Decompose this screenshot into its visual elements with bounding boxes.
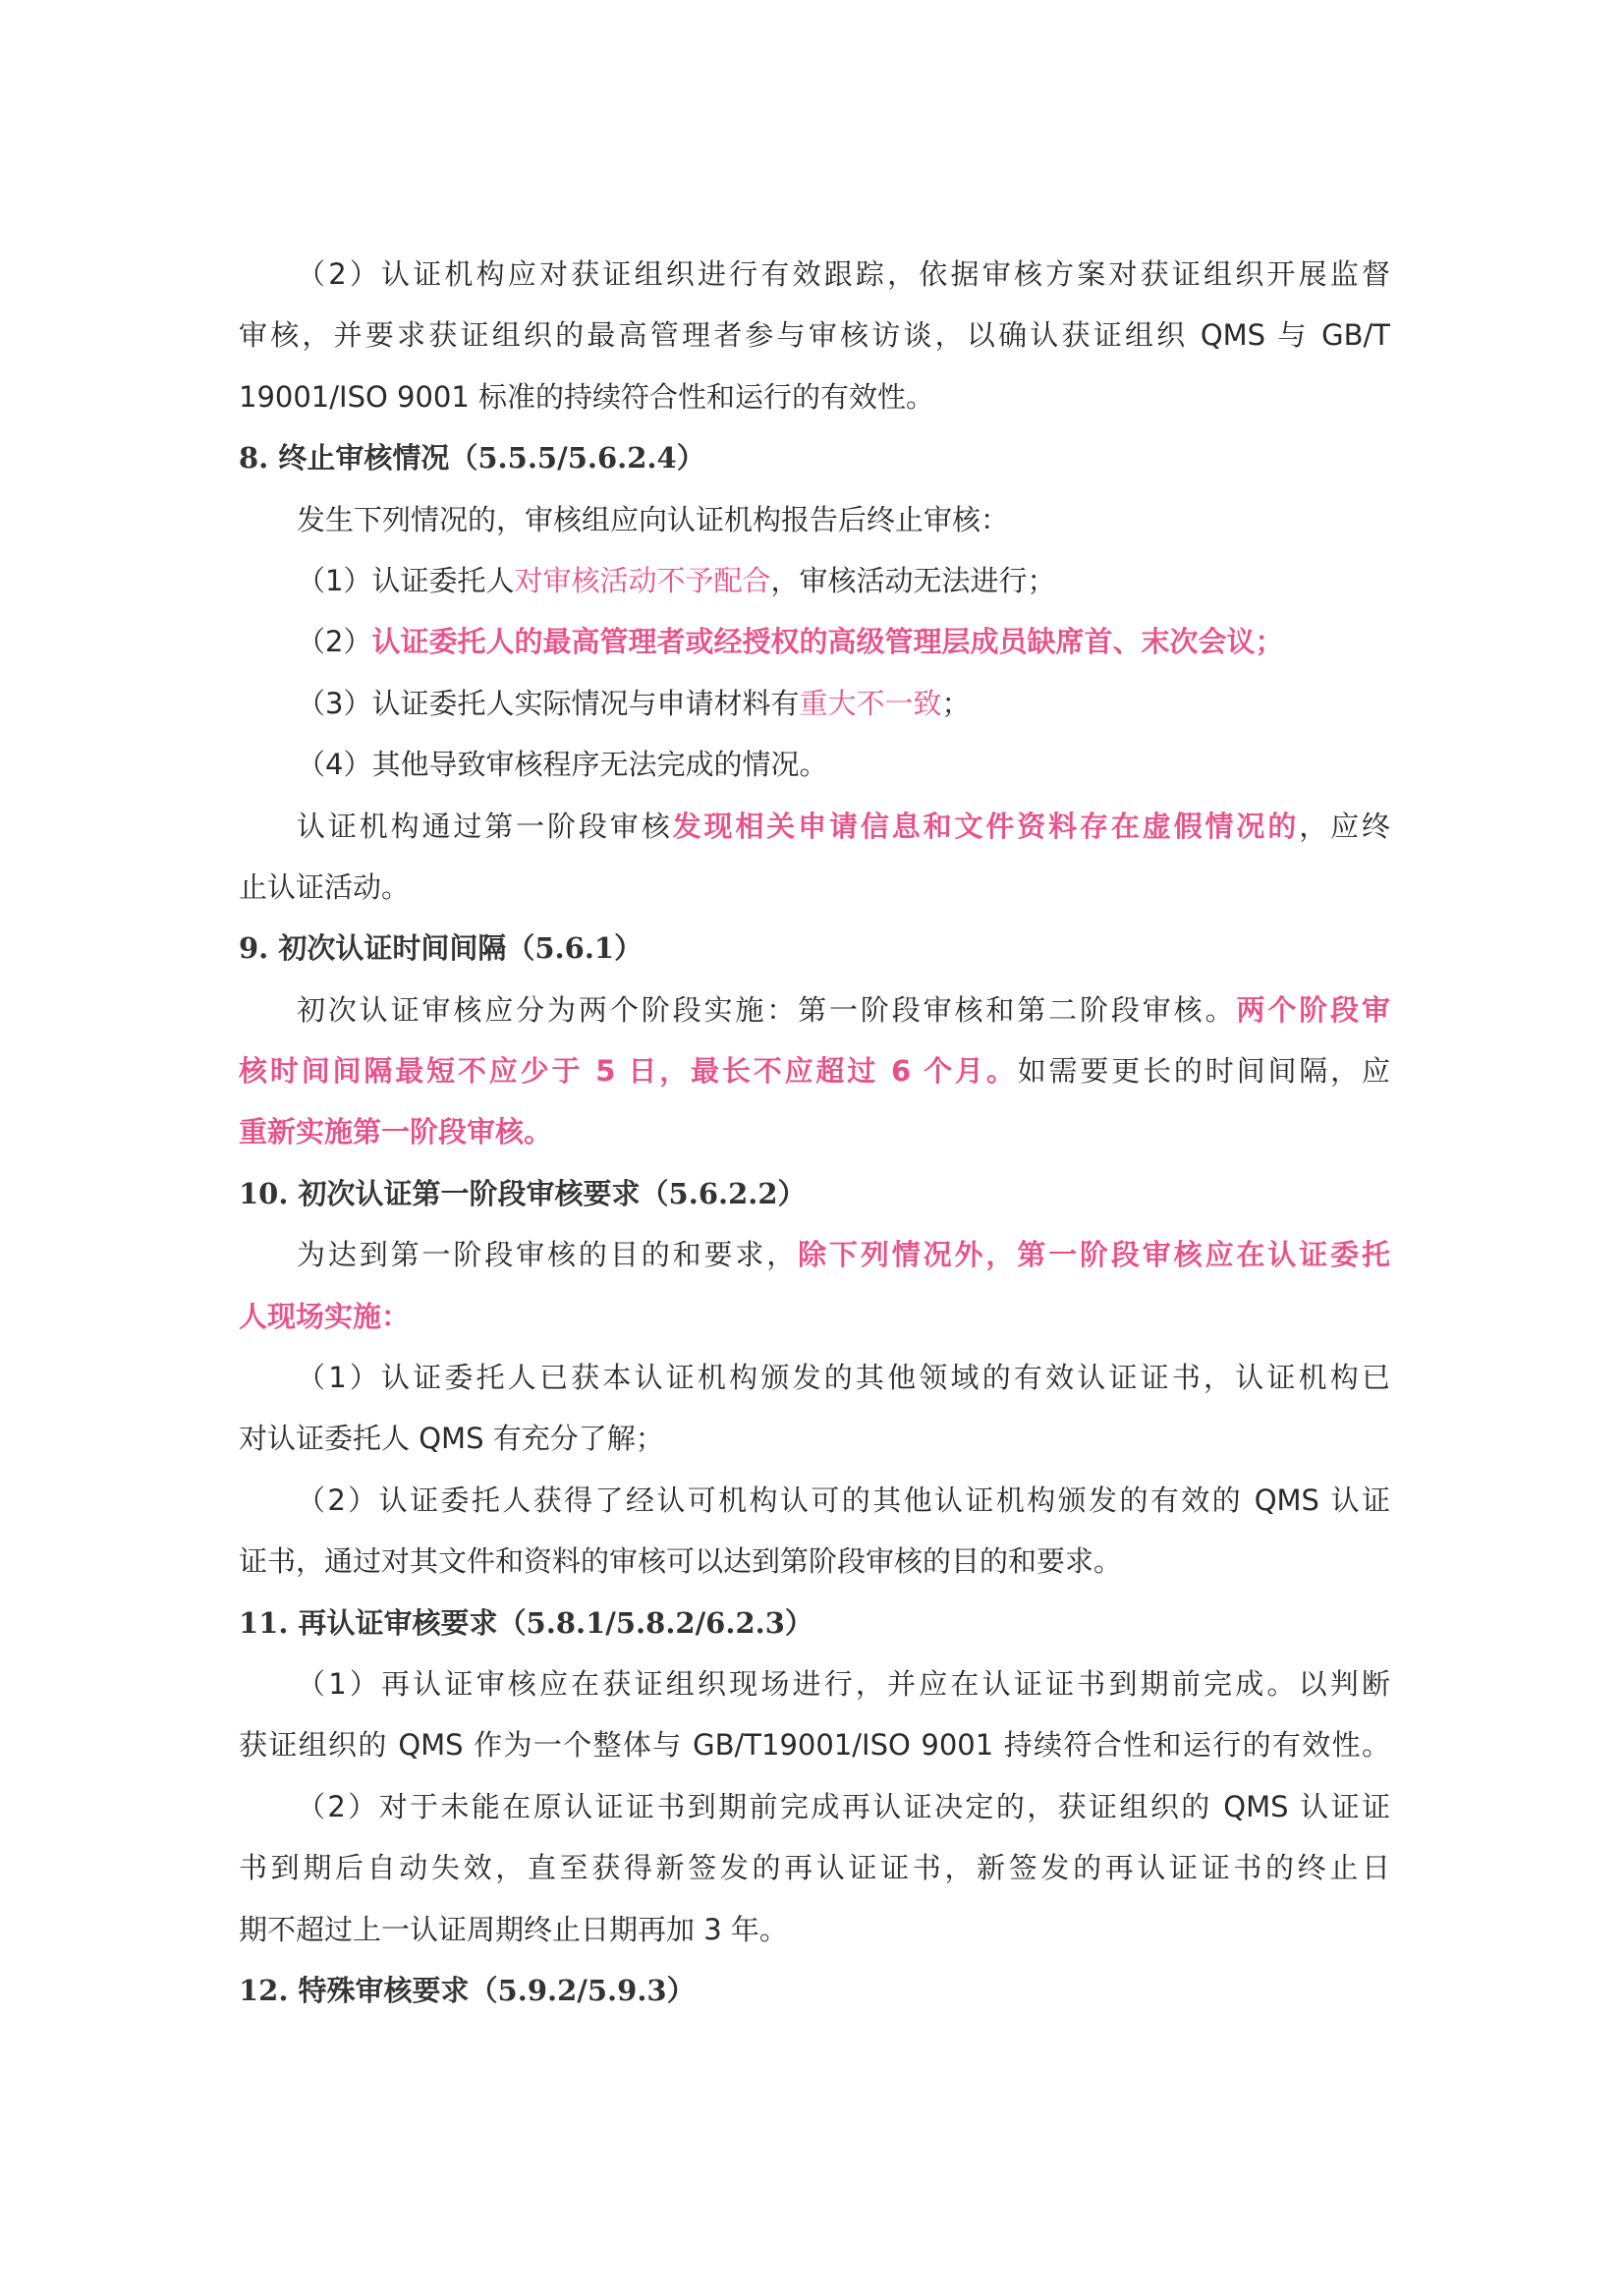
paragraph-line: 期不超过上一认证周期终止日期再加 3 年。 [239,1899,1390,1960]
paragraph-line: （2）对于未能在原认证证书到期前完成再认证决定的，获证组织的 QMS 认证证 [239,1776,1390,1837]
body-text: （1）再认证审核应在获证组织现场进行，并应在认证证书到期前完成。以判断 [297,1667,1390,1701]
paragraph-line: 对认证委托人 QMS 有充分了解； [239,1408,1390,1469]
body-text: （3）认证委托人实际情况与申请材料有 [297,687,799,720]
highlighted-text: 发现相关申请信息和文件资料存在虚假情况的 [673,810,1300,843]
paragraph-line: 重新实施第一阶段审核。 [239,1101,1390,1162]
paragraph-line: （2）认证委托人的最高管理者或经授权的高级管理层成员缺席首、末次会议； [239,611,1390,672]
body-text: 审核，并要求获证组织的最高管理者参与审核访谈，以确认获证组织 QMS 与 GB/… [239,318,1390,352]
highlighted-text: 两个阶段审 [1236,993,1390,1027]
body-text: （1）认证委托人 [297,564,514,597]
highlighted-text: 重新实施第一阶段审核。 [239,1115,552,1148]
body-text: 如需要更长的时间间隔，应 [1018,1054,1390,1088]
paragraph-line: 初次认证审核应分为两个阶段实施：第一阶段审核和第二阶段审核。两个阶段审 [239,980,1390,1040]
body-text: 期不超过上一认证周期终止日期再加 3 年。 [239,1913,788,1946]
paragraph-line: 书到期后自动失效，直至获得新签发的再认证证书，新签发的再认证证书的终止日 [239,1837,1390,1898]
body-text: 认证机构通过第一阶段审核 [297,810,673,843]
section-heading: 11. 再认证审核要求（5.8.1/5.8.2/6.2.3） [239,1593,1390,1653]
paragraph-line: 证书，通过对其文件和资料的审核可以达到第阶段审核的目的和要求。 [239,1531,1390,1592]
body-text: 初次认证审核应分为两个阶段实施：第一阶段审核和第二阶段审核。 [297,993,1236,1027]
section-heading: 12. 特殊审核要求（5.9.2/5.9.3） [239,1960,1390,2021]
highlighted-text: 对审核活动不予配合 [514,564,770,597]
body-text: 为达到第一阶段审核的目的和要求， [297,1238,798,1271]
body-text: （2）认证机构应对获证组织进行有效跟踪，依据审核方案对获证组织开展监督 [297,257,1390,291]
paragraph-line: （1）认证委托人对审核活动不予配合，审核活动无法进行； [239,550,1390,611]
body-text: 对认证委托人 QMS 有充分了解； [239,1422,664,1455]
paragraph-line: （1）认证委托人已获本认证机构颁发的其他领域的有效认证证书，认证机构已 [239,1347,1390,1408]
paragraph-line: 发生下列情况的，审核组应向认证机构报告后终止审核： [239,489,1390,550]
body-text: 止认证活动。 [239,870,410,904]
paragraph-line: （2）认证机构应对获证组织进行有效跟踪，依据审核方案对获证组织开展监督 [239,244,1390,305]
body-text: ，审核活动无法进行； [770,564,1055,597]
body-text: （4）其他导致审核程序无法完成的情况。 [297,748,827,781]
paragraph-line: 核时间间隔最短不应少于 5 日，最长不应超过 6 个月。如需要更长的时间间隔，应 [239,1040,1390,1101]
paragraph-line: （3）认证委托人实际情况与申请材料有重大不一致； [239,673,1390,734]
highlighted-text: 核时间间隔最短不应少于 5 日，最长不应超过 6 个月。 [239,1054,1018,1088]
highlighted-text: 除下列情况外，第一阶段审核应在认证委托 [798,1238,1390,1271]
body-text: （2）对于未能在原认证证书到期前完成再认证决定的，获证组织的 QMS 认证证 [297,1790,1390,1823]
highlighted-text: 重大不一致 [799,687,941,720]
section-heading: 9. 初次认证时间间隔（5.6.1） [239,918,1390,979]
paragraph-line: 认证机构通过第一阶段审核发现相关申请信息和文件资料存在虚假情况的，应终 [239,796,1390,857]
body-text: （1）认证委托人已获本认证机构颁发的其他领域的有效认证证书，认证机构已 [297,1361,1390,1394]
paragraph-line: 19001/ISO 9001 标准的持续符合性和运行的有效性。 [239,366,1390,427]
paragraph-line: 止认证活动。 [239,857,1390,918]
section-heading: 10. 初次认证第一阶段审核要求（5.6.2.2） [239,1163,1390,1224]
paragraph-line: （1）再认证审核应在获证组织现场进行，并应在认证证书到期前完成。以判断 [239,1653,1390,1714]
body-text: （2） [297,625,371,658]
body-text: 书到期后自动失效，直至获得新签发的再认证证书，新签发的再认证证书的终止日 [239,1851,1390,1884]
body-text: （2）认证委托人获得了经认可机构认可的其他认证机构颁发的有效的 QMS 认证 [297,1484,1390,1517]
body-text: 获证组织的 QMS 作为一个整体与 GB/T19001/ISO 9001 持续符… [239,1728,1390,1762]
body-text: 发生下列情况的，审核组应向认证机构报告后终止审核： [297,503,1009,536]
paragraph-line: （4）其他导致审核程序无法完成的情况。 [239,734,1390,795]
document-page: （2）认证机构应对获证组织进行有效跟踪，依据审核方案对获证组织开展监督审核，并要… [239,244,1390,2021]
body-text: ，应终 [1299,810,1390,843]
paragraph-line: 审核，并要求获证组织的最高管理者参与审核访谈，以确认获证组织 QMS 与 GB/… [239,305,1390,365]
paragraph-line: （2）认证委托人获得了经认可机构认可的其他认证机构颁发的有效的 QMS 认证 [239,1470,1390,1531]
paragraph-line: 为达到第一阶段审核的目的和要求，除下列情况外，第一阶段审核应在认证委托 [239,1224,1390,1285]
section-heading: 8. 终止审核情况（5.5.5/5.6.2.4） [239,427,1390,488]
highlighted-text: 人现场实施： [239,1300,410,1333]
paragraph-line: 人现场实施： [239,1286,1390,1347]
paragraph-line: 获证组织的 QMS 作为一个整体与 GB/T19001/ISO 9001 持续符… [239,1714,1390,1775]
body-text: ； [941,687,970,720]
body-text: 证书，通过对其文件和资料的审核可以达到第阶段审核的目的和要求。 [239,1544,1122,1578]
body-text: 19001/ISO 9001 标准的持续符合性和运行的有效性。 [239,380,934,414]
highlighted-text: 认证委托人的最高管理者或经授权的高级管理层成员缺席首、末次会议； [371,625,1283,658]
